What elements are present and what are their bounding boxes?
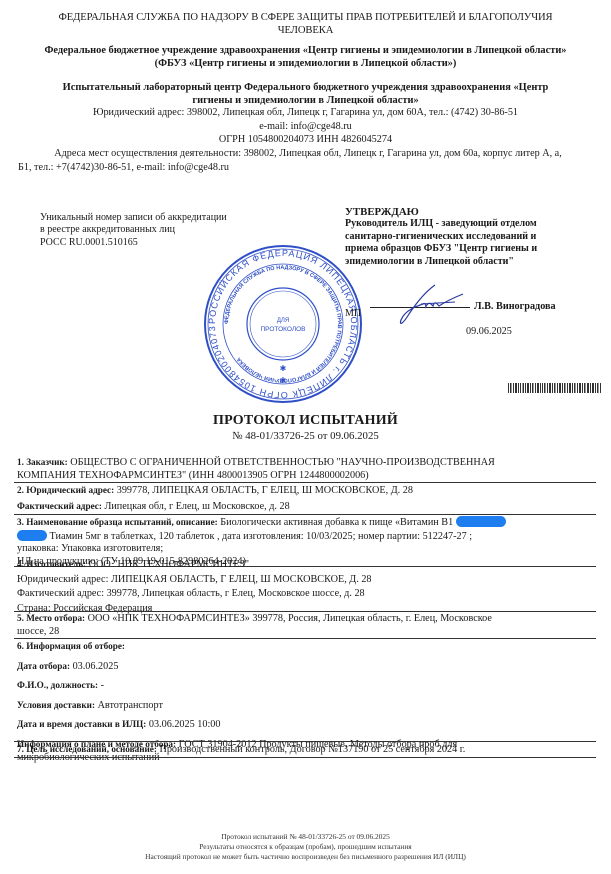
approval-line-4: эпидемиологии в Липецкой области": [345, 256, 605, 268]
section-purpose: 7. Цель исследований, основание: Произво…: [17, 743, 595, 757]
purpose-text: Производственный контроль, Договор №1371…: [159, 744, 465, 755]
sampling-place-label: 5. Место отбора:: [17, 613, 85, 623]
signer-name: Л.В. Виноградова: [474, 301, 556, 312]
delivery-datetime: 03.06.2025 10:00: [149, 719, 221, 730]
manufacturer-legal: Юридический адрес: ЛИПЕЦКАЯ ОБЛАСТЬ, Г Е…: [17, 574, 595, 587]
agency-line-2: ЧЕЛОВЕКА: [0, 25, 611, 38]
official-stamp-icon: РОССИЙСКАЯ ФЕДЕРАЦИЯ ЛИПЕЦКАЯ ОБЛАСТЬ г.…: [202, 243, 364, 405]
sampling-info-label: 6. Информация об отборе:: [17, 641, 125, 651]
delivery-datetime-label: Дата и время доставки в ИЛЦ:: [17, 719, 146, 729]
agency-line-1: ФЕДЕРАЛЬНАЯ СЛУЖБА ПО НАДЗОРУ В СФЕРЕ ЗА…: [0, 12, 611, 25]
purpose-label: 7. Цель исследований, основание:: [17, 744, 157, 754]
activity-address-line-1: Адреса мест осуществления деятельности: …: [18, 147, 598, 161]
approval-line-3: приема образцов ФБУЗ "Центр гигиены и: [345, 243, 605, 255]
divider: [14, 482, 596, 483]
sampling-date-label: Дата отбора:: [17, 661, 70, 671]
customer-text-2: КОМПАНИЯ ТЕХНОФАРМСИНТЕЗ" (ИНН 480001390…: [17, 470, 369, 481]
fio-label: Ф.И.О., должность:: [17, 680, 98, 690]
lab-header: Испытательный лабораторный центр Федерал…: [0, 81, 611, 107]
agency-header: ФЕДЕРАЛЬНАЯ СЛУЖБА ПО НАДЗОРУ В СФЕРЕ ЗА…: [0, 12, 611, 37]
sample-text-1: Биологически активная добавка к пище «Ви…: [220, 517, 453, 528]
redaction-mark: [17, 530, 47, 541]
redaction-mark: [456, 516, 506, 527]
sample-packaging: упаковка: Упаковка изготовителя;: [17, 543, 595, 556]
accreditation-number: РОСС RU.0001.510165: [40, 237, 227, 249]
footer-line-3: Настоящий протокол не может быть частичн…: [0, 852, 611, 862]
manufacturer-label: 4. Изготовитель:: [17, 559, 86, 569]
footer-line-1: Протокол испытаний № 48-01/33726-25 от 0…: [0, 832, 611, 842]
customer-label: 1. Заказчик:: [17, 457, 68, 467]
divider: [14, 638, 596, 639]
signature-icon: [395, 282, 467, 327]
actual-address-text: Липецкая обл, г Елец, ш Московское, д. 2…: [104, 501, 289, 512]
sample-text-2: Тиамин 5мг в таблетках, 120 таблеток , д…: [50, 531, 473, 542]
accreditation-line-2: в реестре аккредитованных лиц: [40, 224, 227, 236]
document-number: № 48-01/33726-25 от 09.06.2025: [0, 430, 611, 442]
footer-line-2: Результаты относятся к образцам (пробам)…: [0, 842, 611, 852]
divider: [14, 741, 596, 742]
activity-address-line-2: Б1, тел.: +7(4742)30-86-51, e-mail: info…: [18, 161, 598, 175]
section-customer: 1. Заказчик: ОБЩЕСТВО С ОГРАНИЧЕННОЙ ОТВ…: [17, 456, 595, 482]
legal-address-text: 399778, ЛИПЕЦКАЯ ОБЛАСТЬ, Г ЕЛЕЦ, Ш МОСК…: [117, 485, 413, 496]
svg-text:✱: ✱: [280, 364, 287, 373]
document-title: ПРОТОКОЛ ИСПЫТАНИЙ: [0, 413, 611, 429]
stamp-center-line-1: ДЛЯ: [277, 318, 289, 324]
activity-address: Адреса мест осуществления деятельности: …: [18, 147, 598, 174]
customer-text-1: ОБЩЕСТВО С ОГРАНИЧЕННОЙ ОТВЕТСТВЕННОСТЬЮ…: [70, 457, 495, 468]
delivery-label: Условия доставки:: [17, 700, 95, 710]
lab-line-1: Испытательный лабораторный центр Федерал…: [0, 81, 611, 94]
svg-text:✱: ✱: [280, 376, 287, 385]
section-sampling-place: 5. Место отбора: ООО «НПК ТЕХНОФАРМСИНТЕ…: [17, 612, 595, 638]
stamp-center-line-2: ПРОТОКОЛОВ: [260, 326, 305, 333]
section-manufacturer: 4. Изготовитель: ООО "НПК ТЕХНОФАРМСИНТЕ…: [17, 558, 595, 615]
divider: [14, 757, 596, 758]
institution-line-2: (ФБУЗ «Центр гигиены и эпидемиологии в Л…: [0, 57, 611, 70]
seal-label: МП: [345, 308, 361, 319]
accreditation-block: Уникальный номер записи об аккредитации …: [40, 212, 227, 249]
fio-value: -: [101, 680, 104, 691]
institution-line-1: Федеральное бюджетное учреждение здравоо…: [0, 44, 611, 57]
email: e-mail: info@cge48.ru: [0, 120, 611, 134]
divider: [14, 514, 596, 515]
approval-block: УТВЕРЖДАЮ Руководитель ИЛЦ - заведующий …: [345, 206, 605, 268]
contact-block: Юридический адрес: 398002, Липецкая обл,…: [0, 106, 611, 147]
accreditation-line-1: Уникальный номер записи об аккредитации: [40, 212, 227, 224]
sample-label: 3. Наименование образца испытаний, описа…: [17, 517, 218, 527]
approval-line-1: Руководитель ИЛЦ - заведующий отделом: [345, 218, 605, 230]
institution-header: Федеральное бюджетное учреждение здравоо…: [0, 44, 611, 70]
sampling-place-text-1: ООО «НПК ТЕХНОФАРМСИНТЕЗ» 399778, Россия…: [88, 613, 492, 624]
barcode-icon: [508, 383, 601, 393]
approval-line-2: санитарно-гигиенических исследований и: [345, 231, 605, 243]
legal-address: Юридический адрес: 398002, Липецкая обл,…: [0, 106, 611, 120]
approval-title: УТВЕРЖДАЮ: [345, 206, 605, 218]
legal-address-label: 2. Юридический адрес:: [17, 485, 114, 495]
manufacturer-text: ООО "НПК ТЕХНОФАРМСИНТЕЗ": [89, 559, 249, 570]
page-footer: Протокол испытаний № 48-01/33726-25 от 0…: [0, 832, 611, 862]
approval-date: 09.06.2025: [466, 326, 512, 337]
sampling-date: 03.06.2025: [73, 661, 119, 672]
sampling-place-text-2: шоссе, 28: [17, 626, 595, 639]
delivery-value: Автотранспорт: [98, 700, 163, 711]
actual-address-label: Фактический адрес:: [17, 501, 102, 511]
ogrn-inn: ОГРН 1054800204073 ИНН 4826045274: [0, 133, 611, 147]
manufacturer-fact: Фактический адрес: 399778, Липецкая обла…: [17, 588, 595, 601]
section-legal-address: 2. Юридический адрес: 399778, ЛИПЕЦКАЯ О…: [17, 484, 595, 513]
